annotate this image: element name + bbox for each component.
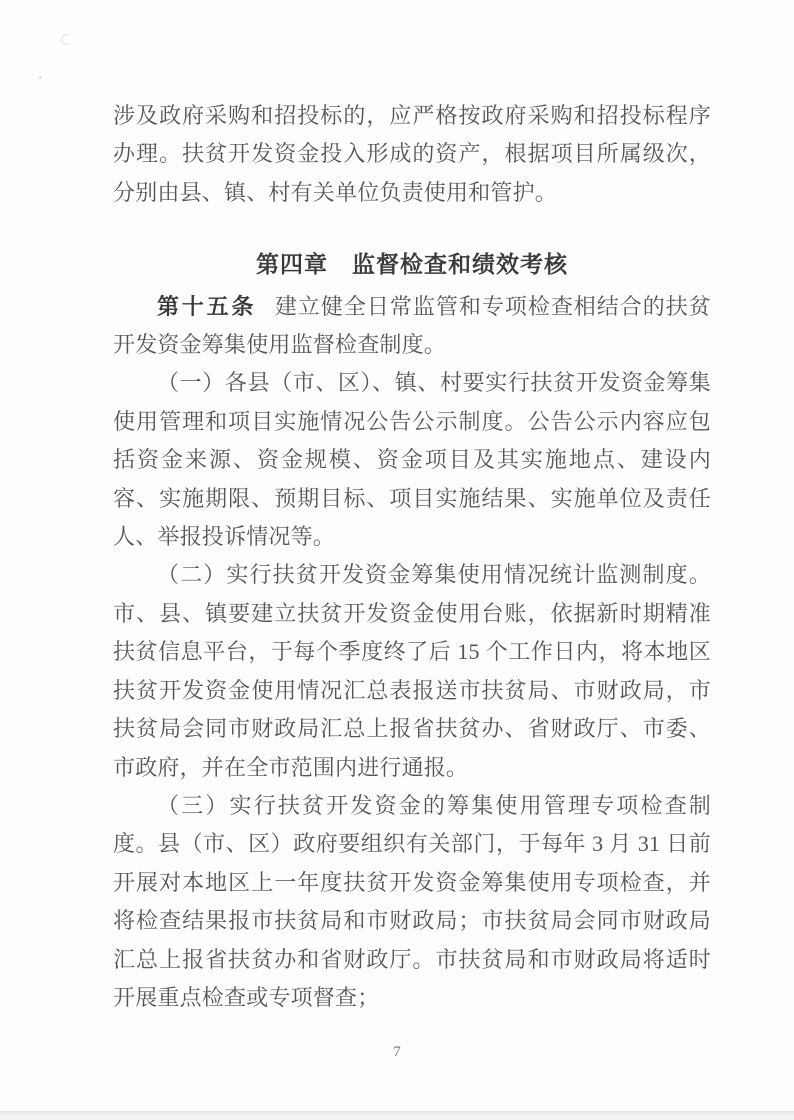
scan-artifact-mark <box>61 34 71 45</box>
scan-artifact-speck <box>39 76 42 79</box>
item-1-paragraph: （一）各县（市、区）、镇、村要实行扶贫开发资金筹集使用管理和项目实施情况公告公示… <box>113 364 711 556</box>
document-body: 涉及政府采购和招投标的，应严格按政府采购和招投标程序办理。扶贫开发资金投入形成的… <box>113 97 711 1017</box>
intro-paragraph: 涉及政府采购和招投标的，应严格按政府采购和招投标程序办理。扶贫开发资金投入形成的… <box>113 97 711 212</box>
item-2-paragraph: （二）实行扶贫开发资金筹集使用情况统计监测制度。市、县、镇要建立扶贫开发资金使用… <box>113 556 711 786</box>
scan-edge-bottom <box>0 1115 794 1120</box>
item-3-paragraph: （三）实行扶贫开发资金的筹集使用管理专项检查制度。县（市、区）政府要组织有关部门… <box>113 787 711 1017</box>
article-15-label: 第十五条 <box>157 294 256 319</box>
page-number: 7 <box>0 1044 794 1061</box>
chapter-heading: 第四章 监督检查和绩效考核 <box>113 245 711 283</box>
article-15-paragraph: 第十五条建立健全日常监管和专项检查相结合的扶贫开发资金筹集使用监督检查制度。 <box>113 288 711 365</box>
